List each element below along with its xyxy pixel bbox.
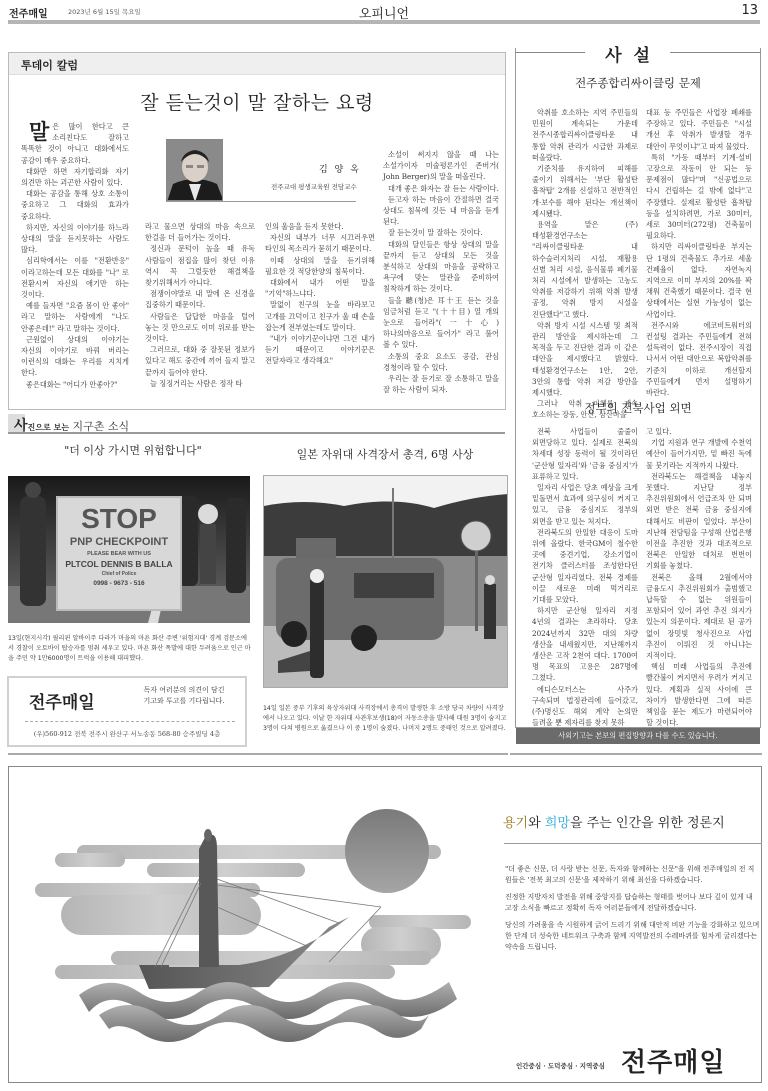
- paragraph: 에디슨모터스는 사주가 구속되며 법정관리에 들어갔고, (주)명신도 해외 계…: [532, 684, 638, 729]
- column-text-col-1: 말은 많이 한다고 큰 소리친다도 잘하고 똑똑한 것이 아니고 대화에서도 공…: [21, 121, 129, 390]
- paragraph: 전북은 올해 2월에서야 금융도시 추진위원회가 출범했고 납득할 수 없는 위…: [646, 572, 752, 662]
- ad-logo: 전주매일: [621, 1042, 725, 1079]
- paragraph: 말없이 친구의 눈을 바라보고 고개를 끄덕이고 친구가 울 때 손을 잡는게 …: [265, 299, 375, 333]
- editorial-2-headline: 정부의 전북사업 외면: [515, 400, 761, 416]
- paragraph: 특히 "가동 때부터 기계·설비 고장으로 작동이 안 되는 등 문제점이 많다…: [646, 152, 752, 242]
- editorial-label: 사 설: [590, 41, 668, 66]
- column-headline: 잘 듣는것이 말 잘하는 요령: [9, 88, 505, 115]
- paragraph: 정신과 문턱이 높을 때 유독 사람들이 점집을 많이 찾던 이유 역시 꼭 그…: [145, 243, 255, 288]
- paragraph: 전라북도의 안일한 대응이 도마 위에 올랐다. 한국GM이 철수한 곳에 중견…: [532, 527, 638, 605]
- paragraph: 예를 들자면 "요즘 몸이 안 좋아" 라고 말하는 사람에게 "나도 안좋은데…: [21, 300, 129, 334]
- column-tab-bar: 투데이 칼럼: [9, 53, 505, 75]
- column-text-col-4: 소설이 써지지 않을 때 나는 소설가이자 미술평론가인 존버거( John B…: [383, 149, 499, 395]
- paragraph: 그러므로, 대화 중 잘못된 정보가 있다고 해도 중간에 끼어 들지 말고 끝…: [145, 344, 255, 378]
- paragraph: 라고 물으면 상대의 마음 속으로 한걸음 더 들어가는 것이다.: [145, 221, 255, 243]
- paragraph: 소통의 중요 요소도 공감, 관심 경청이라 할 수 있다.: [383, 351, 499, 373]
- editorial-disclaimer-bar: 사외기고는 본보의 편집방향과 다를 수도 있습니다.: [516, 728, 760, 744]
- paragraph: 대화는 공감을 통해 상호 소통이 중요하고 그 대화의 효과가 중요하다.: [21, 188, 129, 222]
- fire-vehicle-photo-icon: [264, 476, 508, 688]
- editorial-top-rule-left: [515, 52, 585, 53]
- paragraph: 점쟁이야말로 내 말에 온 신경을 집중하기 때문이다.: [145, 288, 255, 310]
- ship-illustration: [9, 767, 499, 1084]
- contrib-divider: [25, 721, 235, 722]
- photo1-caption: 13일(현지시각) 필리핀 알바이주 다라가 마을의 마욘 화산 주변 '위험지…: [8, 634, 252, 664]
- dropcap: 말: [29, 121, 49, 143]
- editorial-2-col-a: 전북 사업들이 줄줄이 외면당하고 있다. 실제로 전북의 차세대 성장 동력이…: [532, 426, 638, 728]
- paragraph: 하지만 군산형 일자리 지정 4년의 결과는 초라하다. 당초 2024년까지 …: [532, 605, 638, 683]
- paragraph: 일자리 사업은 당초 예상을 크게 밑돌면서 효과에 의구심이 커지고 있고, …: [532, 482, 638, 527]
- photo2-caption: 14일 일본 중부 기후의 육상자위대 사격장에서 총격이 발생한 후 소방 당…: [263, 704, 508, 734]
- column-section-label: 투데이 칼럼: [21, 57, 78, 73]
- paragraph: 기준치를 유지하여 피해를 줄이기 위해서는 '부단 활성탄 흡착탑' 2개를 …: [532, 163, 638, 219]
- column-text-col-3: 인의 울음을 듣지 못한다. 자신의 내부가 너무 시끄러우면 타인의 목소리가…: [265, 221, 375, 367]
- paragraph: 좋은대화는 "어디가 안좋아?": [21, 379, 129, 390]
- paragraph: 하지만 리싸이클링타운 부지는 단 1평의 건축물도 추가로 세울 건폐율이 없…: [646, 241, 752, 319]
- paragraph: 하지만, 자신의 이야기를 하느라 상대의 말을 듣지못하는 사람도 많다.: [21, 222, 129, 256]
- editorial-1-col-a: 악취를 호소하는 지역 주민들의 민원이 계속되는 가운데 전주시종합리싸이클링…: [532, 107, 638, 421]
- editorial-top-rule-right: [670, 52, 761, 53]
- paragraph: 이때 상대의 말을 듣기위해 필요한 것 적당한양의 침묵이다.: [265, 255, 375, 277]
- paragraph: 근원없이 상대의 이야기는 자신의 이야기로 바꿔 버리는 이런식의 대화는 우…: [21, 334, 129, 379]
- column-text-col-2: 라고 물으면 상대의 마음 속으로 한걸음 더 들어가는 것이다. 정신과 문턱…: [145, 221, 255, 389]
- page-number: 13: [741, 3, 758, 18]
- paragraph: 대개 좋은 화자는 잘 듣는 사람이다.: [383, 183, 499, 194]
- editorial-1-col-b: 대표 등 주민들은 사업장 폐쇄를 주장하고 있다. 주민들은 "시설 개선 후…: [646, 107, 752, 398]
- paragraph: 전북 사업들이 줄줄이 외면당하고 있다. 실제로 전북의 차세대 성장 동력이…: [532, 426, 638, 482]
- paragraph: 인의 울음을 듣지 못한다.: [265, 221, 375, 232]
- paragraph: 대화의 달인들은 항상 상대의 말을 끝까지 듣고 상대의 모든 것을 분석하고…: [383, 239, 499, 295]
- photo1-headline: "더 이상 가시면 위험합니다": [8, 442, 258, 458]
- paragraph: 우리는 잘 듣기로 잘 소통하고 말을 잘 하는 사람이 되자.: [383, 373, 499, 395]
- author-portrait-icon: [167, 140, 223, 201]
- ad-paragraph: 당신의 가려움을 속 시원하게 긁어 드리기 위해 대안적 비판 기능을 강화하…: [505, 920, 760, 953]
- paragraph: 심리학에서는 이를 "전환반응" 이라고하는데 모든 대화를 "나" 로 전환시…: [21, 255, 129, 300]
- contrib-address: (우)560-912 전북 전주시 완산구 서노송동 568-80 승주빌딩 4…: [9, 729, 245, 738]
- photo-fire-truck: [263, 475, 508, 688]
- photo-news-section-header: 사진으로 보는 지구촌 소식: [8, 412, 505, 434]
- checkpoint-sign: STOP PNP CHECKPOINT PLEASE BEAR WITH US …: [56, 496, 182, 611]
- author-divider: [166, 201, 356, 202]
- paragraph: 핵심 미래 사업들의 추진에 빨간불이 켜지면서 우려가 커지고 있다. 계획과…: [646, 661, 752, 728]
- paragraph: 악취를 호소하는 지역 주민들의 민원이 계속되는 가운데 전주시종합리싸이클링…: [532, 107, 638, 163]
- photo-checkpoint: STOP PNP CHECKPOINT PLEASE BEAR WITH US …: [8, 476, 250, 623]
- photo-news-section-label: 사진으로 보는 지구촌 소식: [14, 415, 129, 435]
- paragraph: 대화에서 내가 어떤 말을 "기억"하느냐다.: [265, 277, 375, 299]
- pen-ship-on-waves-icon: [9, 767, 499, 1084]
- paragraph: 대화만 하면 자기합리화 자기 의견만 하는 괴곤한 사람이 있다.: [21, 166, 129, 188]
- editorial-2-col-b: 고 있다. 기업 지원과 연구 개발에 수천억 예산이 들어가지만, 밑 빠진 …: [646, 426, 752, 728]
- paragraph: 늘 징징거리는 사람은 정작 타: [145, 378, 255, 389]
- section-divider: [510, 753, 762, 755]
- ad-paragraph: 진정한 지방자치 발전을 위해 중앙지를 답습하는 형태를 벗어나 보다 깊이 …: [505, 892, 760, 914]
- ad-paragraph: "더 좋은 신문, 더 사랑 받는 신문, 독자와 함께하는 신문"을 위해 전…: [505, 864, 760, 886]
- header-rule: [8, 20, 760, 24]
- author-name: 김 양 옥: [319, 162, 361, 175]
- newspaper-promo-ad: 용기와 희망을 주는 인간을 위한 정론지 "더 좋은 신문, 더 사랑 받는 …: [8, 766, 762, 1083]
- paragraph: 용역을 맡은 (주)태성환경연구소는 "리싸이클링타운 내 하수슬러지처리 시설…: [532, 219, 638, 320]
- author-photo: [166, 139, 223, 201]
- paragraph: "내가 이야기꾼이냐면 그건 내가 듣기 때문이고 이야기꾼은 전달자라고 생각…: [265, 333, 375, 367]
- paragraph: 고 있다.: [646, 426, 752, 437]
- paragraph: 자신의 내부가 너무 시끄러우면 타인의 목소리가 묻히기 때문이다.: [265, 232, 375, 254]
- paragraph: 소설이 써지지 않을 때 나는 소설가이자 미술평론가인 존버거( John B…: [383, 149, 499, 183]
- paragraph: 전주시와 에코비트워터의 컨설팅 결과는 주민들에게 전혀 설득력이 없다. 전…: [646, 320, 752, 398]
- contrib-message: 독자 여러분의 의견이 담긴 기고와 투고를 기다립니다.: [124, 685, 244, 707]
- paragraph: 기업 지원과 연구 개발에 수천억 예산이 들어가지만, 밑 빠진 독에 물 붓…: [646, 437, 752, 471]
- paragraph: 듣고자 하는 마음이 간절하면 결국 상대도 침묵에 깃든 내 마음을 듣게 된…: [383, 194, 499, 228]
- section-divider: [8, 753, 508, 755]
- paragraph: 잘 듣는것이 말 잘하는 것이다.: [383, 227, 499, 238]
- photo2-headline: 일본 자위대 사격장서 총격, 6명 사상: [260, 446, 510, 462]
- paragraph: 대표 등 주민들은 사업장 폐쇄를 주장하고 있다. 주민들은 "시설 개선 후…: [646, 107, 752, 152]
- contrib-logo: 전주매일: [29, 688, 95, 713]
- author-affiliation: 전주교대 평생교육원 전담교수: [271, 182, 357, 191]
- editorial-1-headline: 전주종합리싸이클링 문제: [515, 75, 761, 91]
- reader-contribution-box: 전주매일 독자 여러분의 의견이 담긴 기고와 투고를 기다립니다. (우)56…: [7, 676, 247, 747]
- ad-copy: "더 좋은 신문, 더 사랑 받는 신문, 독자와 함께하는 신문"을 위해 전…: [505, 864, 760, 959]
- paragraph: 전라북도는 해결책을 내놓지 못했다. 지난달 정부 추진위원회에서 언급조차 …: [646, 471, 752, 572]
- ad-slogan: 인간중심 · 도덕중심 · 지역중심: [516, 1061, 605, 1070]
- paragraph: 악취 방지 시설 시스템 및 최적 관리 방안을 제시하는데 그 목적을 두고 …: [532, 320, 638, 398]
- ad-headline-rule: [504, 843, 762, 844]
- ad-headline: 용기와 희망을 주는 인간을 위한 정론지: [503, 812, 725, 831]
- paragraph: 들을 聽(청)은 耳十王 듣는 것을 임금처럼 듣고 "(十十目) 열 개의 눈…: [383, 295, 499, 351]
- today-column-article: 투데이 칼럼 잘 듣는것이 말 잘하는 요령 말은 많이 한다고 큰 소리친다도…: [8, 52, 506, 410]
- paragraph: 사람들은 답답한 마음을 털어 놓는 것 만으로도 이미 위로를 받는 것이다.: [145, 311, 255, 345]
